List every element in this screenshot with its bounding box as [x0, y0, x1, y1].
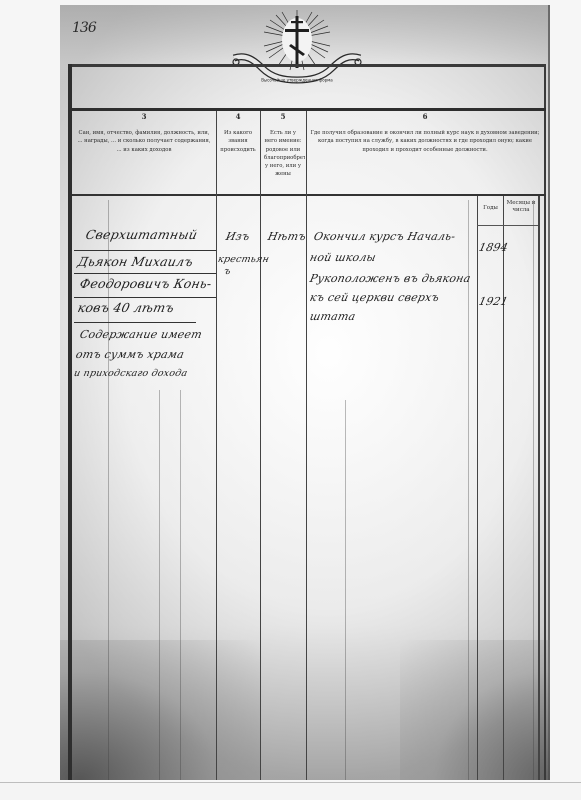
- scan-streak: [180, 390, 181, 780]
- column-header-name-rank: 3 Сан, имя, отчество, фамилия, должность…: [74, 113, 214, 193]
- column-number: 6: [307, 113, 543, 121]
- sub-header-rule: [477, 225, 538, 226]
- sub-column-months-days: Месяцы и числа: [504, 197, 538, 228]
- scan-streak: [159, 390, 160, 780]
- column-divider: [477, 196, 478, 780]
- orthodox-cross-emblem-icon: Высочайше утвержденная форма: [232, 8, 362, 88]
- entry-rule: [74, 250, 216, 251]
- column-header-text: Из какого звания происходить: [217, 129, 259, 154]
- entry-service-line: къ сей церкви сверхъ: [309, 291, 441, 304]
- column-divider: [503, 196, 504, 780]
- header-bottom-rule: [72, 194, 546, 196]
- folio-number: 136: [72, 20, 96, 36]
- frame-top-rule: [68, 64, 546, 67]
- column-header-text: Где получил образование и окончил ли пол…: [307, 129, 543, 154]
- column-header-text: Сан, имя, отчество, фамилия, должность, …: [74, 129, 214, 154]
- scan-shadow-bottom-left: [60, 640, 260, 780]
- entry-property: Нѣтъ: [267, 230, 308, 243]
- entry-service-line: штата: [309, 310, 357, 323]
- frame-right-rule: [544, 64, 546, 780]
- frame-left-rule: [68, 64, 72, 780]
- column-header-text: Есть ли у него имение: родовое или благо…: [261, 129, 305, 178]
- scan-streak: [345, 400, 346, 780]
- entry-rule: [74, 297, 216, 298]
- column-divider: [260, 111, 261, 780]
- entry-service-line: Рукоположенъ въ дьякона: [309, 272, 472, 285]
- sub-column-years: Годы: [478, 197, 503, 233]
- scan-shadow-bottom-right: [400, 640, 550, 780]
- entry-origin: крестьян: [217, 254, 270, 265]
- entry-year: 1894: [478, 241, 510, 254]
- scan-streak: [468, 200, 469, 780]
- header-top-rule: [68, 108, 546, 111]
- entry-name-line: Феодоровичъ Конь-: [78, 276, 213, 291]
- entry-name-line: Сверхштатный: [84, 227, 198, 242]
- column-header-origin: 4 Из какого звания происходить: [217, 113, 259, 193]
- column-divider: [216, 111, 217, 780]
- entry-name-line: Дьякон Михаилъ: [76, 254, 194, 269]
- entry-name-line: ковъ 40 лѣтъ: [76, 300, 175, 315]
- entry-salary-line: и приходскаго дохода: [73, 368, 189, 379]
- column-header-education-service: 6 Где получил образование и окончил ли п…: [307, 113, 543, 193]
- column-divider: [306, 111, 307, 780]
- emblem-banner-text: Высочайше утвержденная форма: [261, 78, 333, 83]
- entry-service-line: ной школы: [309, 251, 378, 264]
- entry-salary-line: Содержание имеет: [79, 328, 204, 341]
- entry-service-line: Окончил курсъ Началь-: [313, 230, 457, 243]
- column-header-property: 5 Есть ли у него имение: родовое или бла…: [261, 113, 305, 193]
- column-number: 3: [74, 113, 214, 121]
- column-divider: [538, 196, 540, 780]
- entry-origin: Изъ: [225, 230, 251, 243]
- entry-rule: [74, 322, 196, 323]
- entry-year: 1921: [478, 295, 510, 308]
- column-number: 4: [217, 113, 259, 121]
- column-number: 5: [261, 113, 305, 121]
- entry-salary-line: отъ суммъ храма: [75, 348, 186, 361]
- scan-bottom-margin: [0, 782, 581, 800]
- entry-rule: [74, 273, 216, 274]
- scan-streak: [533, 200, 534, 780]
